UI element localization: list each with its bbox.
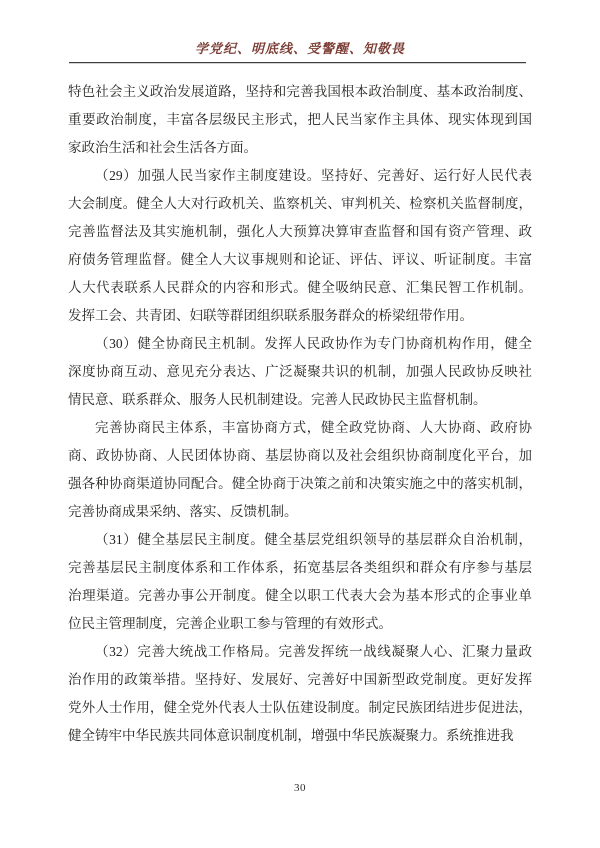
body-line: 强各种协商渠道协同配合。健全协商于决策之前和决策实施之中的落实机制， bbox=[68, 470, 532, 498]
paragraph: 特色社会主义政治发展道路，坚持和完善我国根本政治制度、基本政治制度、 重要政治制… bbox=[68, 78, 532, 162]
body-line: 重要政治制度，丰富各层级民主形式，把人民当家作主具体、现实体现到国 bbox=[68, 106, 532, 134]
body-line: 家政治生活和社会生活各方面。 bbox=[68, 134, 532, 162]
running-header-title: 学党纪、明底线、受警醒、知敬畏 bbox=[0, 38, 600, 57]
paragraph: （31）健全基层民主制度。健全基层党组织领导的基层群众自治机制， 完善基层民主制… bbox=[68, 526, 532, 638]
body-line: 人大代表联系人民群众的内容和形式。健全吸纳民意、汇集民智工作机制。 bbox=[68, 274, 532, 302]
paragraph: （32）完善大统战工作格局。完善发挥统一战线凝聚人心、汇聚力量政 治作用的政策举… bbox=[68, 638, 532, 750]
body-line: 深度协商互动、意见充分表达、广泛凝聚共识的机制，加强人民政协反映社 bbox=[68, 358, 532, 386]
body-line: 治理渠道。完善办事公开制度。健全以职工代表大会为基本形式的企事业单 bbox=[68, 582, 532, 610]
body-line: （32）完善大统战工作格局。完善发挥统一战线凝聚人心、汇聚力量政 bbox=[68, 638, 532, 666]
body-line: 情民意、联系群众、服务人民机制建设。完善人民政协民主监督机制。 bbox=[68, 386, 532, 414]
body-line: （30）健全协商民主机制。发挥人民政协作为专门协商机构作用，健全 bbox=[68, 330, 532, 358]
body-line: 完善协商成果采纳、落实、反馈机制。 bbox=[68, 498, 532, 526]
body-line: 发挥工会、共青团、妇联等群团组织联系服务群众的桥梁纽带作用。 bbox=[68, 302, 532, 330]
body-line: 府债务管理监督。健全人大议事规则和论证、评估、评议、听证制度。丰富 bbox=[68, 246, 532, 274]
body-line: 特色社会主义政治发展道路，坚持和完善我国根本政治制度、基本政治制度、 bbox=[68, 78, 532, 106]
body-line: 健全铸牢中华民族共同体意识制度机制，增强中华民族凝聚力。系统推进我 bbox=[68, 722, 532, 750]
body-line: 治作用的政策举措。坚持好、发展好、完善好中国新型政党制度。更好发挥 bbox=[68, 666, 532, 694]
body-line: 商、政协协商、人民团体协商、基层协商以及社会组织协商制度化平台，加 bbox=[68, 442, 532, 470]
body-line: 完善监督法及其实施机制，强化人大预算决算审查监督和国有资产管理、政 bbox=[68, 218, 532, 246]
document-page: 学党纪、明底线、受警醒、知敬畏 特色社会主义政治发展道路，坚持和完善我国根本政治… bbox=[0, 0, 600, 848]
body-line: （29）加强人民当家作主制度建设。坚持好、完善好、运行好人民代表 bbox=[68, 162, 532, 190]
paragraph: 完善协商民主体系，丰富协商方式，健全政党协商、人大协商、政府协 商、政协协商、人… bbox=[68, 414, 532, 526]
header-rule bbox=[69, 62, 526, 63]
body-line: （31）健全基层民主制度。健全基层党组织领导的基层群众自治机制， bbox=[68, 526, 532, 554]
body-line: 位民主管理制度，完善企业职工参与管理的有效形式。 bbox=[68, 610, 532, 638]
paragraph: （30）健全协商民主机制。发挥人民政协作为专门协商机构作用，健全 深度协商互动、… bbox=[68, 330, 532, 414]
document-body: 特色社会主义政治发展道路，坚持和完善我国根本政治制度、基本政治制度、 重要政治制… bbox=[68, 78, 532, 750]
body-line: 完善协商民主体系，丰富协商方式，健全政党协商、人大协商、政府协 bbox=[68, 414, 532, 442]
body-line: 大会制度。健全人大对行政机关、监察机关、审判机关、检察机关监督制度， bbox=[68, 190, 532, 218]
page-number: 30 bbox=[0, 782, 600, 794]
body-line: 完善基层民主制度体系和工作体系，拓宽基层各类组织和群众有序参与基层 bbox=[68, 554, 532, 582]
paragraph: （29）加强人民当家作主制度建设。坚持好、完善好、运行好人民代表 大会制度。健全… bbox=[68, 162, 532, 330]
body-line: 党外人士作用，健全党外代表人士队伍建设制度。制定民族团结进步促进法， bbox=[68, 694, 532, 722]
